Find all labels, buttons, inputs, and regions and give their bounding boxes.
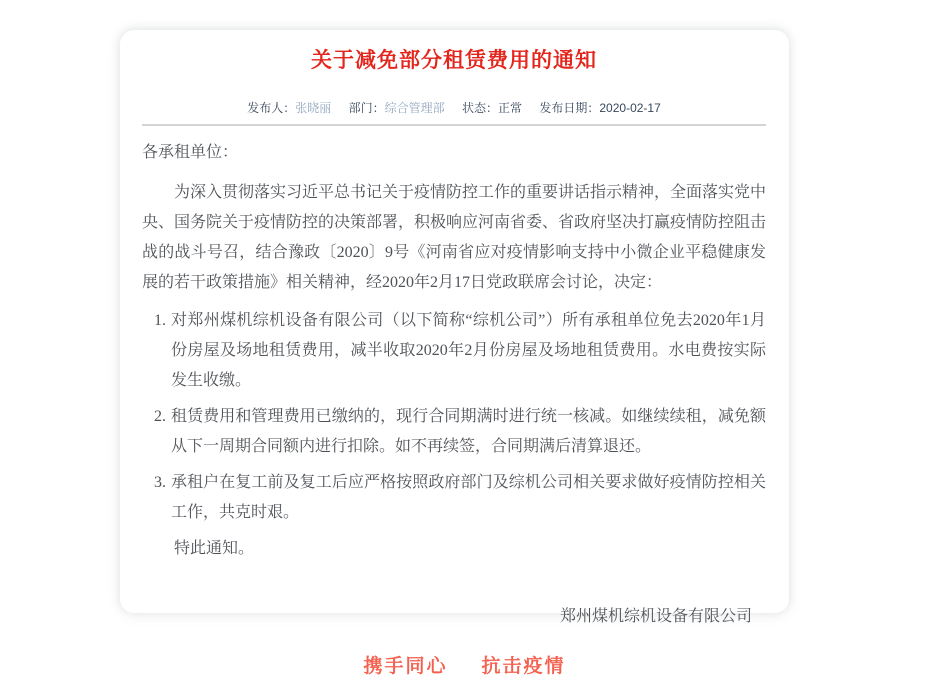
closing-line: 特此通知。 [142,534,766,564]
list-item: 2. 租赁费用和管理费用已缴纳的，现行合同期满时进行统一核减。如继续续租，减免额… [142,402,766,462]
meta-department: 部门：综合管理部 [349,101,445,115]
meta-department-value: 综合管理部 [385,101,445,115]
meta-publisher: 发布人：张晓丽 [247,101,331,115]
meta-publisher-value: 张晓丽 [295,101,331,115]
list-item-number: 2. [154,402,166,432]
list-item: 1. 对郑州煤机综机设备有限公司（以下简称“综机公司”）所有承租单位免去2020… [142,306,766,396]
meta-status-value: 正常 [498,101,522,115]
signature-company: 郑州煤机综机设备有限公司 [142,602,766,632]
list-item-number: 1. [154,306,166,336]
meta-status: 状态：正常 [462,101,522,115]
notice-meta-row: 发布人：张晓丽 部门：综合管理部 状态：正常 发布日期：2020-02-17 [142,100,766,116]
meta-publisher-label: 发布人： [247,101,295,115]
list-item-number: 3. [154,468,166,498]
meta-status-label: 状态： [462,101,498,115]
meta-divider [142,124,766,126]
list-item: 3. 承租户在复工前及复工后应严格按照政府部门及综机公司相关要求做好疫情防控相关… [142,468,766,528]
salutation: 各承租单位： [142,138,766,168]
meta-department-label: 部门： [349,101,385,115]
footer-slogan-left: 携手同心 [363,656,447,677]
meta-date-label: 发布日期： [539,101,599,115]
notice-title: 关于减免部分租赁费用的通知 [142,47,766,74]
footer-slogan-right: 抗击疫情 [482,656,566,677]
decision-list: 1. 对郑州煤机综机设备有限公司（以下简称“综机公司”）所有承租单位免去2020… [142,306,766,528]
list-item-text: 对郑州煤机综机设备有限公司（以下简称“综机公司”）所有承租单位免去2020年1月… [171,312,766,389]
notice-card: 关于减免部分租赁费用的通知 发布人：张晓丽 部门：综合管理部 状态：正常 发布日… [120,30,789,613]
meta-date: 发布日期：2020-02-17 [539,101,660,115]
intro-paragraph: 为深入贯彻落实习近平总书记关于疫情防控工作的重要讲话指示精神，全面落实党中央、国… [142,178,766,298]
notice-body: 各承租单位： 为深入贯彻落实习近平总书记关于疫情防控工作的重要讲话指示精神，全面… [142,138,766,632]
page: { "notice": { "title": "关于减免部分租赁费用的通知", … [0,0,929,691]
footer-slogan: 携手同心抗击疫情 [0,651,929,678]
meta-date-value: 2020-02-17 [599,101,660,115]
list-item-text: 承租户在复工前及复工后应严格按照政府部门及综机公司相关要求做好疫情防控相关工作，… [171,474,766,521]
list-item-text: 租赁费用和管理费用已缴纳的，现行合同期满时进行统一核减。如继续续租，减免额从下一… [171,408,766,455]
